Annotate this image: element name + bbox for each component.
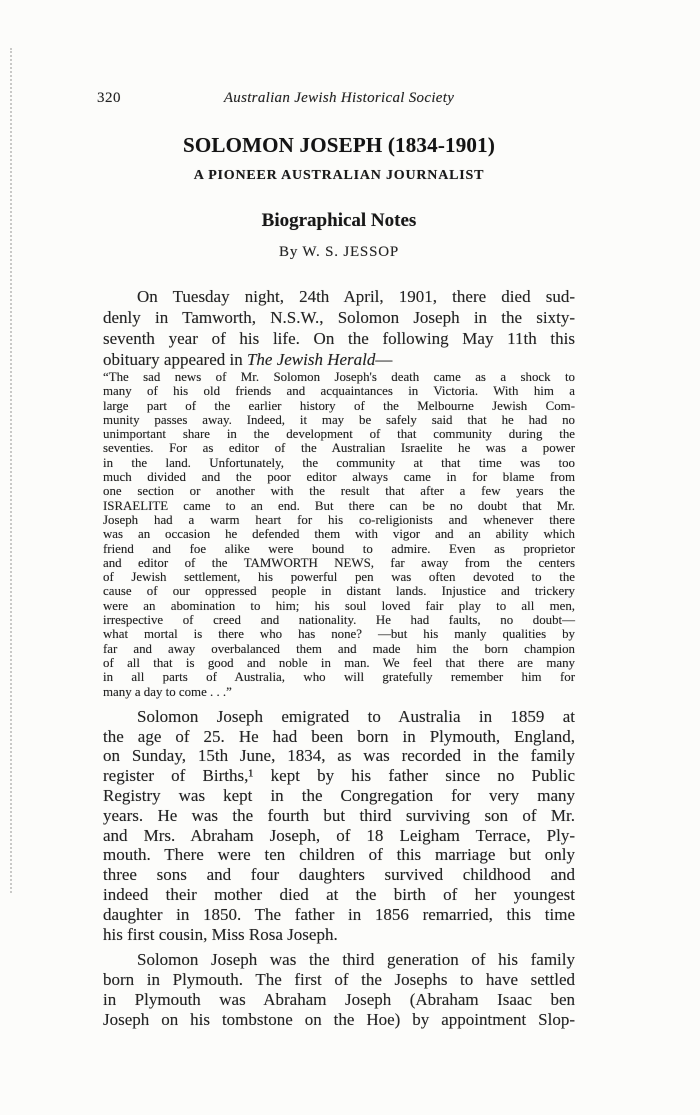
text-line: daughter in 1850. The father in 1856 rem… — [103, 905, 575, 925]
text-line: what mortal is there who has none? —but … — [103, 627, 575, 641]
text-line: the age of 25. He had been born in Plymo… — [103, 727, 575, 747]
text-line: Joseph had a warm heart for his co-relig… — [103, 513, 575, 527]
text-line: obituary appeared in The Jewish Herald— — [103, 349, 575, 370]
text-line: many of his old friends and acquaintance… — [103, 384, 575, 398]
text-line: munity passes away. Indeed, it may be sa… — [103, 413, 575, 427]
scan-binding-artifact — [10, 48, 12, 893]
paragraph-family-history: Solomon Joseph was the third generation … — [103, 950, 575, 1029]
text-line: Joseph on his tombstone on the Hoe) by a… — [103, 1010, 575, 1030]
text-line: seventh year of his life. On the followi… — [103, 328, 575, 349]
plain-text: obituary appeared in — [103, 350, 247, 369]
text-line: friend and foe alike were bound to admir… — [103, 542, 575, 556]
text-line: ISRAELITE came to an end. But there can … — [103, 499, 575, 513]
text-line: indeed their mother died at the birth of… — [103, 885, 575, 905]
section-heading: Biographical Notes — [103, 209, 575, 233]
text-line: in the land. Unfortunately, the communit… — [103, 456, 575, 470]
text-line: On Tuesday night, 24th April, 1901, ther… — [103, 286, 575, 307]
text-line: large part of the earlier history of the… — [103, 399, 575, 413]
obituary-quote: “The sad news of Mr. Solomon Joseph's de… — [103, 370, 575, 699]
text-line: Solomon Joseph was the third generation … — [103, 950, 575, 970]
text-line: three sons and four daughters survived c… — [103, 865, 575, 885]
text-line: were an abomination to him; his soul lov… — [103, 599, 575, 613]
page-header: 320 Australian Jewish Historical Society — [103, 88, 575, 108]
text-line: of all that is good and noble in man. We… — [103, 656, 575, 670]
text-line: register of Births,¹ kept by his father … — [103, 766, 575, 786]
text-line: irrespective of creed and nationality. H… — [103, 613, 575, 627]
page-number: 320 — [97, 88, 121, 108]
text-line: on Sunday, 15th June, 1834, as was recor… — [103, 746, 575, 766]
text-line: was an occasion he defended them with vi… — [103, 527, 575, 541]
plain-text: — — [375, 350, 392, 369]
text-line: in Plymouth was Abraham Joseph (Abraham … — [103, 990, 575, 1010]
text-line: and editor of the TAMWORTH NEWS, far awa… — [103, 556, 575, 570]
article-title: SOLOMON JOSEPH (1834-1901) — [103, 132, 575, 158]
text-line: many a day to come . . .” — [103, 685, 575, 699]
text-line: his first cousin, Miss Rosa Joseph. — [103, 925, 575, 945]
text-line: years. He was the fourth but third survi… — [103, 806, 575, 826]
text-column: 320 Australian Jewish Historical Society… — [103, 88, 575, 1030]
paragraph-biography: Solomon Joseph emigrated to Australia in… — [103, 707, 575, 945]
text-line: mouth. There were ten children of this m… — [103, 845, 575, 865]
article-subtitle: A PIONEER AUSTRALIAN JOURNALIST — [103, 167, 575, 185]
text-line: unimportant share in the development of … — [103, 427, 575, 441]
text-line: far and away overbalanced them and made … — [103, 642, 575, 656]
text-line: “The sad news of Mr. Solomon Joseph's de… — [103, 370, 575, 384]
text-line: in all parts of Australia, who will grat… — [103, 670, 575, 684]
text-line: and Mrs. Abraham Joseph, of 18 Leigham T… — [103, 826, 575, 846]
text-line: born in Plymouth. The first of the Josep… — [103, 970, 575, 990]
journal-title: Australian Jewish Historical Society — [103, 88, 575, 108]
text-line: Registry was kept in the Congregation fo… — [103, 786, 575, 806]
text-line: one section or another with the result t… — [103, 484, 575, 498]
text-line: denly in Tamworth, N.S.W., Solomon Josep… — [103, 307, 575, 328]
text-line: much divided and the poor editor always … — [103, 470, 575, 484]
byline: By W. S. JESSOP — [103, 243, 575, 261]
text-line: cause of our oppressed people in distant… — [103, 584, 575, 598]
emphasized-text: The Jewish Herald — [247, 350, 375, 369]
text-line: of Jewish settlement, his powerful pen w… — [103, 570, 575, 584]
text-line: Solomon Joseph emigrated to Australia in… — [103, 707, 575, 727]
paragraph-intro: On Tuesday night, 24th April, 1901, ther… — [103, 286, 575, 370]
text-line: seventies. For as editor of the Australi… — [103, 441, 575, 455]
scanned-page: 320 Australian Jewish Historical Society… — [0, 0, 700, 1115]
